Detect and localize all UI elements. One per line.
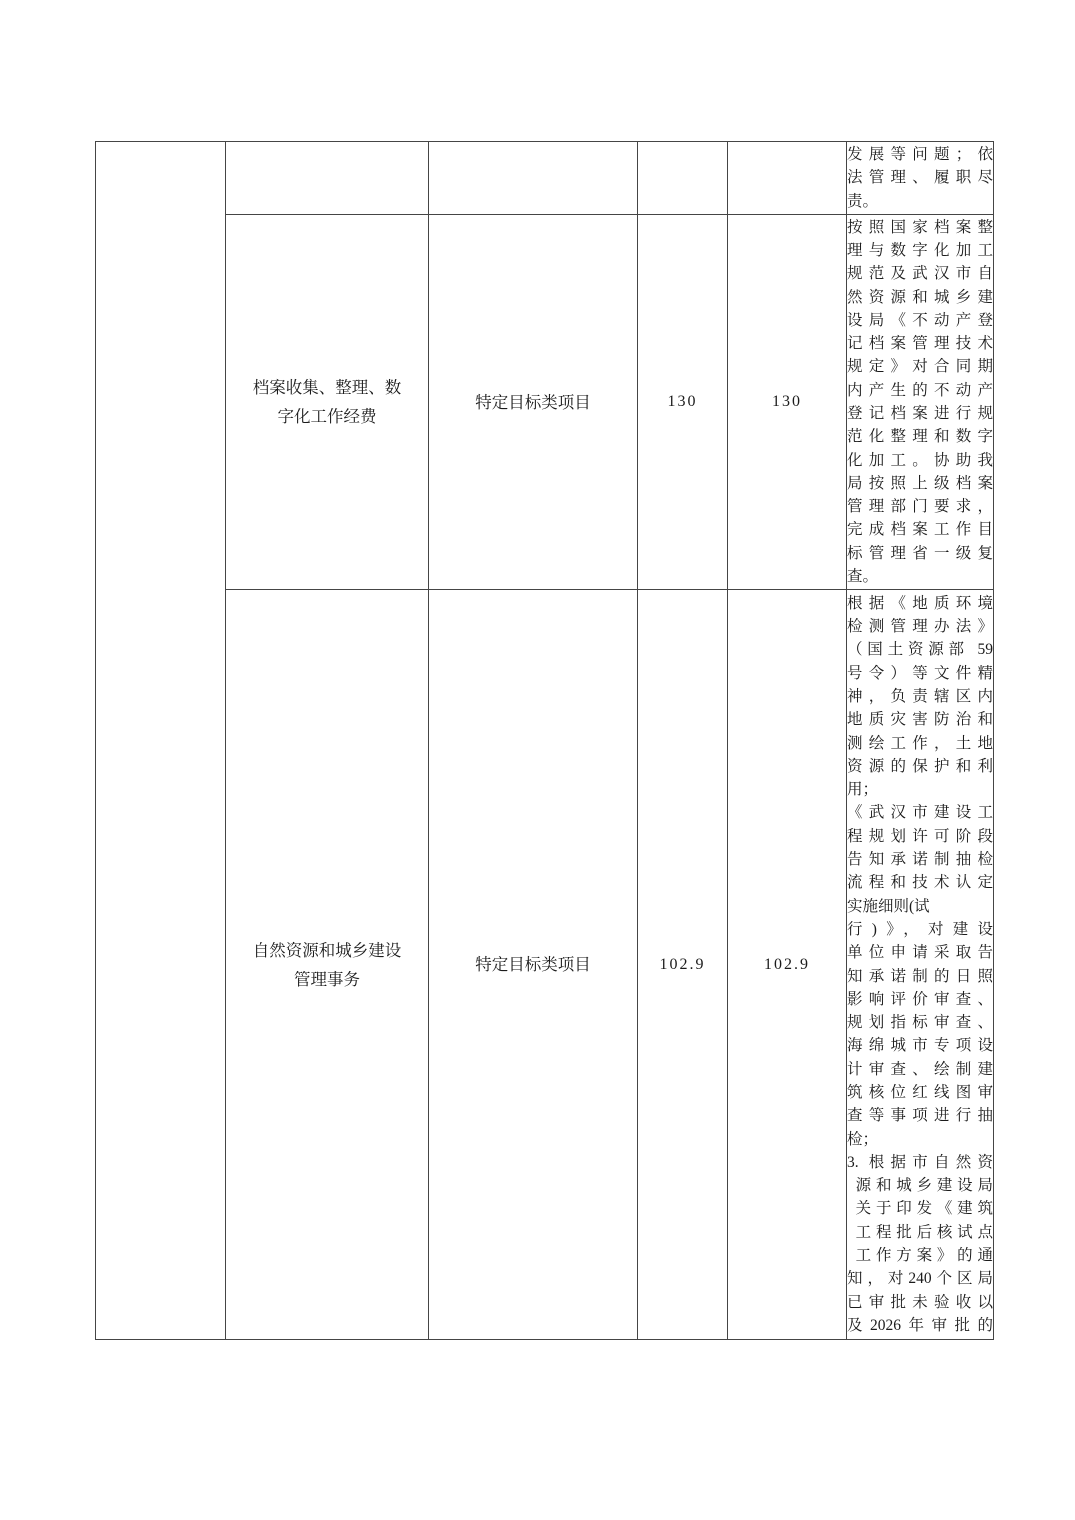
text-line: 内产生的不动产 [847, 379, 993, 402]
amount-cell: 130 [638, 215, 728, 590]
text-line: 规划指标审查、 [847, 1011, 993, 1034]
text-line: （国土资源部 59 [847, 638, 993, 661]
description-cell: 按照国家档案整理与数字化加工规范及武汉市自然资源和城乡建设局《不动产登记档案管理… [847, 215, 994, 590]
text-line: 局按照上级档案 [847, 472, 993, 495]
text-line: 字化工作经费 [226, 402, 428, 431]
text-line: 管理事务 [226, 965, 428, 994]
text-line: 关于印发《建筑 [847, 1197, 993, 1220]
text-line: 行)》，对建设 [847, 918, 993, 941]
text-line: 实施细则(试 [847, 895, 993, 918]
text-line: 地质灾害防治和 [847, 708, 993, 731]
text-line: 发展等问题；依 [847, 143, 993, 166]
text-line: 标管理省一级复 [847, 542, 993, 565]
text-line: 神，负责辖区内 [847, 685, 993, 708]
amount-cell: 130 [728, 215, 847, 590]
amount-cell [638, 142, 728, 215]
text-line: 规定》对合同期 [847, 355, 993, 378]
text-line: 责。 [847, 190, 993, 213]
text-line: 理与数字化加工 [847, 239, 993, 262]
text-line: 查。 [847, 565, 993, 588]
text-line: 知，对240个区局 [847, 1267, 993, 1290]
text-line: 单位申请采取告 [847, 941, 993, 964]
project-name-cell [226, 142, 429, 215]
text-line: 管理部门要求， [847, 495, 993, 518]
text-line: 设局《不动产登 [847, 309, 993, 332]
budget-project-table: 发展等问题；依法管理、履职尽责。 档案收集、整理、数字化工作经费 特定目标类项目… [95, 141, 994, 1340]
text-line: 范化整理和数字 [847, 425, 993, 448]
text-line: 用； [847, 778, 993, 801]
text-line: 告知承诺制抽检 [847, 848, 993, 871]
text-line: 档案收集、整理、数 [226, 373, 428, 402]
text-line: 号令）等文件精 [847, 662, 993, 685]
project-name-cell: 自然资源和城乡建设管理事务 [226, 590, 429, 1340]
description-cell: 根据《地质环境检测管理办法》（国土资源部 59号令）等文件精神，负责辖区内地质灾… [847, 590, 994, 1340]
text-line: 测绘工作，土地 [847, 732, 993, 755]
text-line: 《武汉市建设工 [847, 801, 993, 824]
text-line: 3. 根据市自然资 [847, 1151, 993, 1174]
text-line: 查等事项进行抽 [847, 1104, 993, 1127]
project-type-cell: 特定目标类项目 [429, 215, 638, 590]
amount-cell [728, 142, 847, 215]
merged-empty-cell [96, 142, 226, 1340]
text-line: 记档案管理技术 [847, 332, 993, 355]
text-line: 自然资源和城乡建设 [226, 936, 428, 965]
text-line: 已审批未验收以 [847, 1291, 993, 1314]
table-row: 自然资源和城乡建设管理事务 特定目标类项目 102.9 102.9 根据《地质环… [96, 590, 994, 1340]
text-line: 按照国家档案整 [847, 216, 993, 239]
text-line: 流程和技术认定 [847, 871, 993, 894]
project-type-cell: 特定目标类项目 [429, 590, 638, 1340]
text-line: 筑核位红线图审 [847, 1081, 993, 1104]
table-row: 档案收集、整理、数字化工作经费 特定目标类项目 130 130 按照国家档案整理… [96, 215, 994, 590]
text-line: 计审查、绘制建 [847, 1058, 993, 1081]
text-line: 工程批后核试点 [847, 1221, 993, 1244]
text-line: 工作方案》的通 [847, 1244, 993, 1267]
text-line: 知承诺制的日照 [847, 965, 993, 988]
description-cell: 发展等问题；依法管理、履职尽责。 [847, 142, 994, 215]
amount-cell: 102.9 [728, 590, 847, 1340]
text-line: 检； [847, 1128, 993, 1151]
text-line: 法管理、履职尽 [847, 166, 993, 189]
text-line: 规范及武汉市自 [847, 262, 993, 285]
amount-cell: 102.9 [638, 590, 728, 1340]
document-page: 发展等问题；依法管理、履职尽责。 档案收集、整理、数字化工作经费 特定目标类项目… [0, 0, 1075, 1520]
text-line: 检测管理办法》 [847, 615, 993, 638]
table-row: 发展等问题；依法管理、履职尽责。 [96, 142, 994, 215]
text-line: 完成档案工作目 [847, 518, 993, 541]
text-line: 然资源和城乡建 [847, 286, 993, 309]
text-line: 海绵城市专项设 [847, 1034, 993, 1057]
text-line: 程规划许可阶段 [847, 825, 993, 848]
text-line: 影响评价审查、 [847, 988, 993, 1011]
text-line: 资源的保护和利 [847, 755, 993, 778]
text-line: 登记档案进行规 [847, 402, 993, 425]
project-name-cell: 档案收集、整理、数字化工作经费 [226, 215, 429, 590]
text-line: 及2026年审批的 [847, 1314, 993, 1337]
text-line: 根据《地质环境 [847, 592, 993, 615]
text-line: 源和城乡建设局 [847, 1174, 993, 1197]
project-type-cell [429, 142, 638, 215]
text-line: 化加工。协助我 [847, 449, 993, 472]
